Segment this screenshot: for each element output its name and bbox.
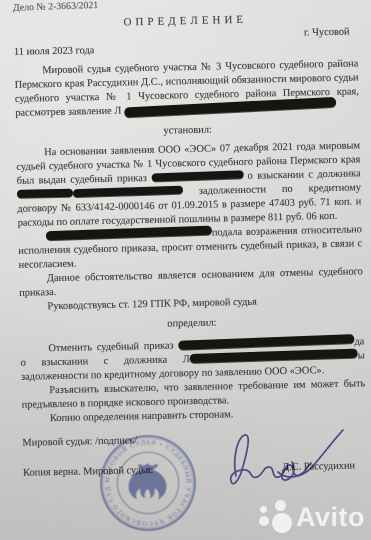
court-seal-stamp: МИРОВОЙ СУДЬЯ • СУДЕБНЫЙ УЧАСТОК ЧУСОВСК…	[97, 432, 199, 534]
ustanovil-heading: установил:	[16, 120, 360, 142]
paragraph-text: о взыскании с должника	[247, 168, 360, 181]
court-order-document: Дело № 2-3663/2021 ОПРЕДЕЛЕНИЕ г. Чусово…	[0, 0, 371, 481]
avito-watermark-label: Avito	[296, 502, 365, 532]
double-headed-eagle-icon	[128, 463, 166, 500]
judge-handwritten-signature	[222, 420, 347, 498]
opredelil-heading: определил:	[20, 313, 364, 335]
avito-watermark: Avito	[259, 500, 365, 533]
paragraph-intro: Мировой судья судебного участка № 3 Чусо…	[14, 57, 359, 120]
paragraph-facts: На основании заявления ООО «ЭОС» 07 дека…	[16, 139, 362, 230]
paragraph-decision: Отменить судебный приказ да о взыскании …	[20, 335, 365, 384]
redaction-bar	[73, 186, 183, 198]
paragraph-objection: подала возражения относительно исполнени…	[18, 223, 363, 272]
redaction-bar	[178, 334, 354, 350]
avito-logo-icon	[259, 500, 292, 533]
paragraph-text: Отменить судебный приказ	[48, 340, 174, 354]
redaction-bar	[190, 349, 358, 363]
redaction-bar	[17, 189, 73, 198]
redaction-bar	[151, 170, 243, 181]
document-photo: Дело № 2-3663/2021 ОПРЕДЕЛЕНИЕ г. Чусово…	[0, 0, 371, 540]
